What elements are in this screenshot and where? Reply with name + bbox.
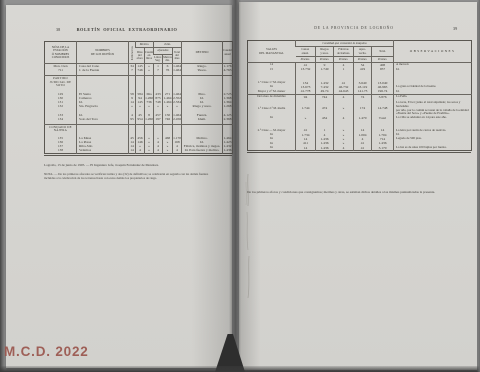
table-cell: 4	[154, 148, 163, 153]
table-cell	[316, 72, 334, 81]
table-cell: 14	[296, 146, 316, 151]
left-table-body: Mon. CienCasa del Cano34145»161.464Riego…	[45, 64, 233, 154]
header-valles: VALLES DEL MANANTIAL	[248, 41, 296, 63]
header-km: Kilómetros	[129, 42, 136, 64]
table-row: CONDADO DE NÁJERA	[45, 124, 233, 133]
table-cell	[334, 72, 354, 81]
table-cell	[182, 76, 223, 89]
table-cell: CONDADO DE NÁJERA	[45, 124, 77, 133]
scan-edge-bottom	[0, 366, 480, 372]
table-cell	[136, 76, 145, 89]
table-cell: 138	[45, 148, 77, 153]
table-cell: 2.456	[173, 117, 182, 121]
table-cell	[173, 76, 182, 89]
table-cell	[248, 120, 296, 128]
left-table-header: NÚM. DE LA ESTACIÓN Ó NOMBRES CONOCIDOS …	[45, 42, 233, 64]
header-aprovecha: Apro- vecha.	[354, 47, 372, 57]
table-row: 138Velamos144»4»4Id. Para fuerza y molin…	[45, 148, 233, 153]
left-running-title: BOLETÍN OFICIAL EXTRAORDINARIO	[46, 27, 208, 32]
table-cell: 3.170	[372, 146, 394, 151]
table-cell	[372, 120, 394, 128]
table-row	[248, 72, 472, 81]
table-cell	[154, 76, 163, 89]
header-dias-aforo: Días del aforo	[136, 48, 145, 64]
table-cell: 4	[136, 148, 145, 153]
table-cell: 174	[354, 101, 372, 116]
header-total-mes: Total del mes	[173, 48, 182, 64]
table-cell	[154, 124, 163, 133]
right-table-body: 14419454408A merced.1513.7321.7491419957…	[248, 63, 472, 151]
table-cell: Velamos	[77, 148, 129, 153]
table-row	[248, 120, 472, 128]
table-row: 1.ª Clase 2.ª M. media1.744474»17414.748…	[248, 101, 472, 116]
table-cell: 1.744	[296, 101, 316, 116]
table-cell: La luz es de unas 100 bujías por fuerza.	[394, 146, 472, 151]
pencil-marks	[241, 172, 255, 312]
table-cell: »	[334, 101, 354, 116]
table-cell: Id. Para fuerza y molino.	[182, 148, 223, 153]
header-canon: Canon anual.	[296, 47, 316, 57]
right-running-title: DE LA PROVINCIA DE LOGROÑO	[269, 26, 439, 30]
table-cell: 1.436	[316, 146, 334, 151]
table-cell: 1.464	[173, 68, 182, 72]
table-cell	[394, 120, 472, 128]
scan-edge-left	[0, 0, 5, 372]
header-observaciones: OBSERVACIONES	[394, 41, 472, 63]
table-cell	[173, 124, 182, 133]
header-riegos: Riegos y usos.	[316, 47, 334, 57]
table-cell	[354, 72, 372, 81]
table-cell: PARTIDO JUDICIAL DE SOTO	[45, 76, 77, 89]
header-fabricas: Fábricas de harinas.	[334, 47, 354, 57]
right-page: DE LA PROVINCIA DE LOGROÑO 39 VALLES DEL…	[239, 2, 477, 370]
table-cell: 14.748	[372, 101, 394, 116]
table-cell	[129, 76, 136, 89]
table-cell	[129, 124, 136, 133]
table-cell	[372, 72, 394, 81]
header-owners: NOMBRES DE LOS DUEÑOS	[77, 42, 129, 64]
book-gutter-shadow	[229, 0, 241, 372]
archive-watermark: M.C.D. 2022	[4, 344, 89, 359]
table-cell	[394, 72, 472, 81]
table-cell	[145, 76, 154, 89]
left-note: NOTA. — De los primeros aforados se veri…	[44, 172, 236, 181]
left-page: 38 BOLETÍN OFICIAL EXTRAORDINARIO NÚM. D…	[6, 5, 232, 368]
table-cell	[296, 72, 316, 81]
table-cell: Id.	[248, 146, 296, 151]
table-cell	[248, 72, 296, 81]
table-cell	[145, 124, 154, 133]
table-cell	[136, 124, 145, 133]
header-caudal-litros: Caudal en litros	[145, 48, 154, 64]
table-cell: 474	[316, 101, 334, 116]
table-cell: »	[163, 148, 173, 153]
table-cell: La torre, El ter; junto al total alquila…	[394, 101, 472, 116]
table-row: PARTIDO JUDICIAL DE SOTO	[45, 76, 233, 89]
table-cell: 4	[334, 146, 354, 151]
table-cell: 1.ª Clase 2.ª M. media	[248, 101, 296, 116]
table-cell	[296, 120, 316, 128]
header-total: Total.	[372, 47, 394, 57]
header-station: NÚM. DE LA ESTACIÓN Ó NOMBRES CONOCIDOS	[45, 42, 77, 64]
table-cell: 41	[354, 146, 372, 151]
table-cell: 1.260	[145, 117, 154, 121]
scanned-book-spread: 38 BOLETÍN OFICIAL EXTRAORDINARIO NÚM. D…	[0, 0, 480, 372]
table-cell	[77, 76, 129, 89]
table-cell	[334, 120, 354, 128]
table-cell: 14	[129, 148, 136, 153]
header-litros-seg: Litros Seg.	[154, 54, 163, 64]
table-row: Id.141.4364413.170La luz es de unas 100 …	[248, 146, 472, 151]
right-page-number: 39	[453, 26, 457, 31]
table-cell: 4	[173, 148, 182, 153]
table-cell	[163, 76, 173, 89]
header-destino: DESTINO	[182, 42, 223, 64]
left-table: NÚM. DE LA ESTACIÓN Ó NOMBRES CONOCIDOS …	[44, 41, 232, 156]
header-metros-dia: Metros día.	[163, 54, 173, 64]
table-cell	[316, 120, 334, 128]
signature-line: Logroño, 15 de junio de 1905. — El Ingen…	[44, 163, 234, 168]
right-table: VALLES DEL MANANTIAL Cantidad que consum…	[247, 40, 471, 153]
table-cell	[354, 120, 372, 128]
right-footnote: De los primeros aforos y condiciones que…	[247, 190, 471, 195]
right-table-header: VALLES DEL MANANTIAL Cantidad que consum…	[248, 41, 472, 63]
table-cell: »	[145, 148, 154, 153]
table-cell	[182, 124, 223, 133]
table-cell	[163, 124, 173, 133]
table-cell	[77, 124, 129, 133]
